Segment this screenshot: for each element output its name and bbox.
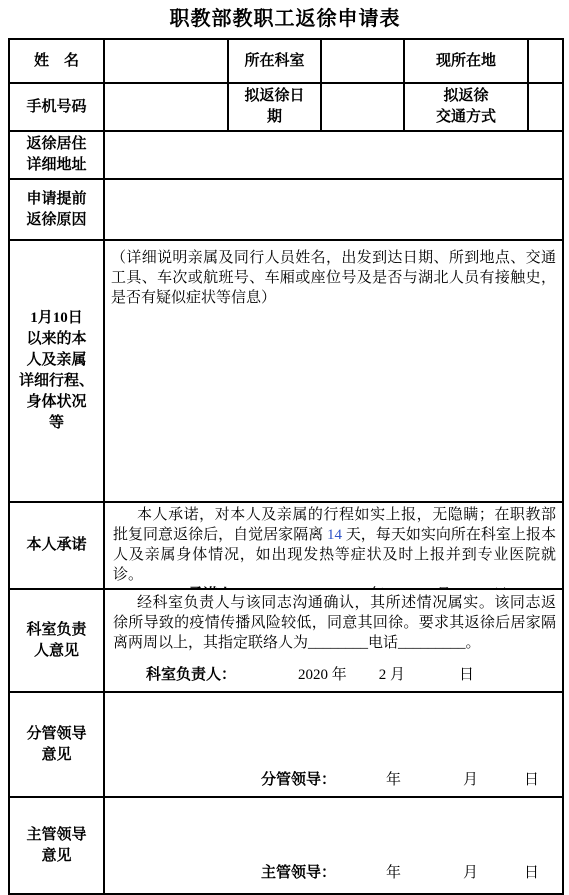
dept-head-day: 日 (459, 667, 474, 683)
dept-head-label: 科室负责 人意见 (9, 589, 104, 692)
branch-leader-label: 分管领导 意见 (9, 692, 104, 797)
return-application-table: 姓 名 所在科室 现所在地 手机号码 拟返徐日 期 拟返徐 交通方式 返徐居住 … (8, 38, 564, 895)
return-date-label: 拟返徐日 期 (228, 83, 321, 131)
transport-input-cell[interactable] (528, 83, 563, 131)
dept-head-signer-label: 科室负责人： (146, 667, 236, 683)
reason-label: 申请提前 返徐原因 (9, 179, 104, 240)
name-input-cell[interactable] (104, 39, 228, 83)
itinerary-input-cell[interactable]: （详细说明亲属及同行人员姓名，出发到达日期、所到地点、交通工具、车次或航班号、车… (104, 240, 563, 502)
chief-leader-day: 日 (524, 865, 539, 881)
address-label: 返徐居住 详细地址 (9, 131, 104, 179)
branch-leader-year: 年 (386, 772, 401, 788)
promise-text: 本人承诺，对本人及亲属的行程如实上报，无隐瞒；在职教部批复同意返徐后，自觉居家隔… (113, 505, 556, 585)
row-promise: 本人承诺 本人承诺，对本人及亲属的行程如实上报，无隐瞒；在职教部批复同意返徐后，… (9, 502, 563, 589)
form-title: 职教部教职工返徐申请表 (8, 6, 562, 32)
row-chief-leader-opinion: 主管领导 意见 主管领导：年月日 (9, 797, 563, 894)
department-input-cell[interactable] (321, 39, 404, 83)
chief-leader-signer-label: 主管领导： (261, 865, 336, 881)
row-name: 姓 名 所在科室 现所在地 (9, 39, 563, 83)
quarantine-days-value: 14 (327, 527, 342, 543)
return-date-input-cell[interactable] (321, 83, 404, 131)
chief-leader-signature-line: 主管领导：年月日 (113, 863, 556, 884)
name-label: 姓 名 (9, 39, 104, 83)
row-address: 返徐居住 详细地址 (9, 131, 563, 179)
row-phone: 手机号码 拟返徐日 期 拟返徐 交通方式 (9, 83, 563, 131)
row-itinerary: 1月10日 以来的本 人及亲属 详细行程、 身体状况 等 （详细说明亲属及同行人… (9, 240, 563, 502)
dept-head-signature-line: 科室负责人：2020 年2 月日 (113, 665, 556, 686)
itinerary-label: 1月10日 以来的本 人及亲属 详细行程、 身体状况 等 (9, 240, 104, 502)
itinerary-hint-text: （详细说明亲属及同行人员姓名，出发到达日期、所到地点、交通工具、车次或航班号、车… (105, 241, 562, 308)
promise-cell: 本人承诺，对本人及亲属的行程如实上报，无隐瞒；在职教部批复同意返徐后，自觉居家隔… (104, 502, 563, 589)
chief-leader-month: 月 (463, 865, 478, 881)
promise-label: 本人承诺 (9, 502, 104, 589)
branch-leader-day: 日 (524, 772, 539, 788)
phone-label: 手机号码 (9, 83, 104, 131)
current-location-label: 现所在地 (404, 39, 528, 83)
phone-input-cell[interactable] (104, 83, 228, 131)
dept-head-month: 2 月 (379, 667, 405, 683)
row-dept-head-opinion: 科室负责 人意见 经科室负责人与该同志沟通确认，其所述情况属实。该同志返徐所导致… (9, 589, 563, 692)
branch-leader-opinion-cell[interactable]: 分管领导：年月日 (104, 692, 563, 797)
transport-label: 拟返徐 交通方式 (404, 83, 528, 131)
reason-input-cell[interactable] (104, 179, 563, 240)
row-branch-leader-opinion: 分管领导 意见 分管领导：年月日 (9, 692, 563, 797)
branch-leader-signature-line: 分管领导：年月日 (113, 770, 556, 791)
branch-leader-signer-label: 分管领导： (261, 772, 336, 788)
dept-head-year: 2020 年 (298, 667, 347, 683)
row-reason: 申请提前 返徐原因 (9, 179, 563, 240)
dept-head-cell: 经科室负责人与该同志沟通确认，其所述情况属实。该同志返徐所导致的疫情传播风险较低… (104, 589, 563, 692)
chief-leader-label: 主管领导 意见 (9, 797, 104, 894)
chief-leader-year: 年 (386, 865, 401, 881)
document-page: 职教部教职工返徐申请表 姓 名 所在科室 现所在地 手机号码 拟返徐日 期 拟返… (0, 0, 569, 895)
address-input-cell[interactable] (104, 131, 563, 179)
branch-leader-month: 月 (463, 772, 478, 788)
department-label: 所在科室 (228, 39, 321, 83)
current-location-input-cell[interactable] (528, 39, 563, 83)
chief-leader-opinion-cell[interactable]: 主管领导：年月日 (104, 797, 563, 894)
dept-head-text: 经科室负责人与该同志沟通确认，其所述情况属实。该同志返徐所导致的疫情传播风险较低… (113, 593, 556, 653)
